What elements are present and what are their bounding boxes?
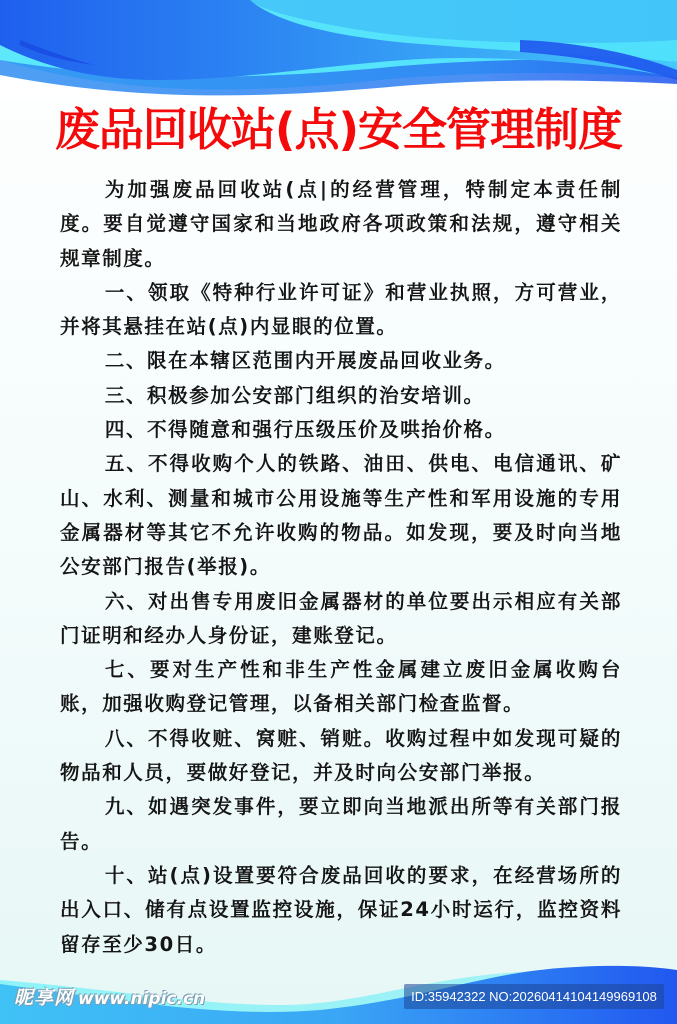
top-wave-decoration (0, 0, 677, 100)
rule-item-9: 九、如遇突发事件，要立即向当地派出所等有关部门报告。 (60, 790, 622, 859)
rule-item-4: 四、不得随意和强行压级压价及哄抬价格。 (60, 413, 622, 447)
watermark-logo-text: 昵享网 (14, 987, 74, 1009)
regulation-body: 为加强废品回收站(点|的经营管理，特制定本责任制度。要自觉遵守国家和当地政府各项… (60, 173, 622, 962)
rule-item-5: 五、不得收购个人的铁路、油田、供电、电信通讯、矿山、水利、测量和城市公用设施等生… (60, 447, 622, 584)
watermark-logo: 昵享网www.nipic.cn (14, 983, 205, 1010)
rule-item-7: 七、要对生产性和非生产性金属建立废旧金属收购台账，加强收购登记管理，以备相关部门… (60, 653, 622, 722)
watermark-site: www.nipic.cn (78, 989, 205, 1009)
rule-item-2: 二、限在本辖区范围内开展废品回收业务。 (60, 344, 622, 378)
rule-item-3: 三、积极参加公安部门组织的治安培训。 (60, 379, 622, 413)
intro-paragraph: 为加强废品回收站(点|的经营管理，特制定本责任制度。要自觉遵守国家和当地政府各项… (60, 173, 622, 276)
rule-item-8: 八、不得收赃、窝赃、销赃。收购过程中如发现可疑的物品和人员，要做好登记，并及时向… (60, 722, 622, 791)
rule-item-6: 六、对出售专用废旧金属器材的单位要出示相应有关部门证明和经办人身份证，建账登记。 (60, 585, 622, 654)
rule-item-1: 一、领取《特种行业许可证》和营业执照，方可营业，并将其悬挂在站(点)内显眼的位置… (60, 276, 622, 345)
rule-item-10: 十、站(点)设置要符合废品回收的要求，在经营场所的出入口、储有点设置监控设施，保… (60, 859, 622, 962)
poster-title: 废品回收站(点)安全管理制度 (0, 100, 677, 160)
image-id-badge: ID:35942322 NO:20260414104149969108 (404, 984, 664, 1009)
